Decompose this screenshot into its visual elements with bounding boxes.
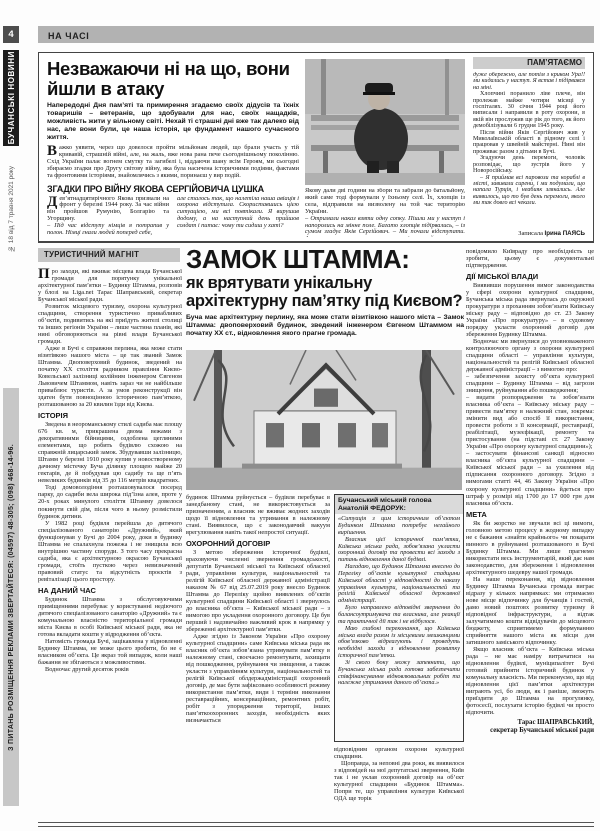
mayor-title: Бучанський міський голова: [338, 497, 432, 504]
subhead-protection-agreement: ОХОРОННИЙ ДОГОВІР: [186, 539, 330, 548]
photo-side-text: Якову дали дві години на збори та забрал…: [305, 188, 465, 237]
paragraph: Водночас ми звернулися до уповноваженого…: [466, 338, 594, 373]
paragraph-text: ажко уявити, через що довелося пройти мі…: [47, 144, 299, 179]
article-veterans: Незважаючи ні на що, вони йшли в атаку Н…: [38, 52, 594, 243]
paragraph: Тоді домоволодіння розташовувалося посер…: [38, 484, 182, 519]
paragraph: Водночас другий десяток років: [38, 666, 182, 673]
article-castle-headline: ЗАМОК ШТАММА:: [186, 246, 464, 272]
quote-paragraph: Було направлено відповідні звернення до …: [338, 605, 460, 626]
subcolumn-left: Дев’ятнадцятирічного Якова призвали на ф…: [47, 196, 169, 242]
dropcap: Д: [47, 196, 59, 209]
paragraph: Як би жорстко не звучали всі ці вимоги, …: [466, 520, 594, 576]
subhead-city-actions: ДІЇ МІСЬКОЇ ВЛАДИ: [466, 272, 594, 281]
paragraph: У 1982 році будівля перейшла до дитячого…: [38, 520, 182, 583]
masthead-title: БУЧАНСЬКІ НОВИНИ: [7, 51, 16, 144]
byline-prefix: Записала: [518, 230, 544, 237]
mayor-quote-text: «Ситуація з цим історичним об’єктом Буди…: [335, 514, 463, 689]
article-castle-column-3-continuation: відповідним органом охорони культурної с…: [334, 746, 464, 820]
edition-label: № 18 від 7 травня 2021 року: [8, 166, 15, 252]
paragraph-text: ев’ятнадцятирічного Якова призвали на фр…: [47, 196, 169, 223]
quote-paragraph: Зі свого боку можу запевнити, що Бучансь…: [338, 660, 460, 687]
quote-paragraph: але сталось так, що налетіла наша авіаці…: [177, 196, 299, 231]
paragraph: Будинок Штамма з обслуговуючими приміщен…: [38, 596, 182, 638]
article-castle-subheadline: як врятувати унікальну архітектурну пам’…: [186, 274, 464, 310]
section-header-bar: НА ЧАСІ: [38, 26, 594, 43]
article-castle-column-2: будинок Штамма руйнується – будівля пере…: [186, 494, 330, 820]
subhead-goal: МЕТА: [466, 510, 594, 519]
photo-veteran-on-bench: [305, 59, 465, 185]
article-veterans-main-column: Незважаючи ні на що, вони йшли в атаку Н…: [47, 59, 299, 242]
paragraph: Якщо власник об’єкта – Київська міська р…: [466, 646, 594, 716]
list-item: – застосувати фінансові санкції відносно…: [466, 450, 594, 506]
quote-paragraph: Власник цієї історичної пам’ятки, Київсь…: [338, 537, 460, 564]
memory-column-header: ПАМ’ЯТАЄМО: [473, 57, 585, 69]
paragraph: Дев’ятнадцятирічного Якова призвали на ф…: [47, 196, 169, 224]
subhead-history: ІСТОРІЯ: [38, 411, 182, 420]
paragraph: Адже в Бучі є справжня перлина, яка може…: [38, 345, 182, 408]
photo-stamm-castle: [186, 350, 462, 490]
list-item: – видати розпорядження та зобов’язати вл…: [466, 394, 594, 450]
page-number: 4: [3, 26, 19, 43]
subcolumn-right: але сталось так, що налетіла наша авіаці…: [177, 196, 299, 242]
quote-paragraph: – Я приймав всі паровози та кораблі в мі…: [473, 175, 585, 207]
byline: Записала Ірина ПАЯСЬ: [518, 230, 585, 237]
mayor-name: Анатолій ФЕДОРУК:: [338, 505, 406, 512]
paragraph: Важко уявити, через що довелося пройти м…: [47, 145, 299, 180]
signature-author: Тарас ШАПРАВСЬКИЙ,: [466, 719, 594, 727]
subhead-current-state: НА ДАНИЙ ЧАС: [38, 586, 182, 595]
paragraph: Натомість громада Бучі, зацікавлена у ві…: [38, 638, 182, 666]
dropcap: П: [38, 268, 52, 281]
article-veterans-subcolumns: Дев’ятнадцятирічного Якова призвали на ф…: [47, 196, 299, 242]
article-veterans-lead: Напередодні Дня пам’яті та примирення зг…: [47, 102, 299, 142]
paragraph: Розвиток місцевого туризму, охорона куль…: [38, 303, 182, 345]
quote-paragraph: Маю глибокі переконання, що Київська міс…: [338, 626, 460, 660]
memory-column: ПАМ’ЯТАЄМО дуже обережно, але потім з кр…: [473, 57, 585, 237]
article-veterans-headline: Незважаючи ні на що, вони йшли в атаку: [47, 59, 299, 99]
quote-paragraph: – Отримали наказ взяти одну сопку. Пішли…: [305, 216, 465, 237]
paragraph-text: ро заходи, які вживає місцева влада Буча…: [38, 268, 182, 303]
paragraph: Виявивши порушення вимог законодавства у…: [466, 282, 594, 338]
paragraph: Щоправда, за неповні два роки, як виявил…: [334, 760, 464, 802]
article-castle-column-1: Про заходи, які вживає місцева влада Буч…: [38, 268, 182, 820]
article-castle-lead: Буча має архітектурну перлину, яка може …: [186, 314, 464, 338]
paragraph: Зведена в неороманському стилі садиба ма…: [38, 421, 182, 484]
paragraph: будинок Штамма руйнується – будівля пере…: [186, 494, 330, 536]
article-castle-signature: Тарас ШАПРАВСЬКИЙ, секретар Бучанської м…: [466, 719, 594, 734]
quote-paragraph: – Під час відступу німців я потрапив у п…: [47, 223, 169, 237]
article-castle-column-4: повідомило Київраду про необхідність це …: [466, 248, 594, 820]
memory-column-text: дуже обережно, але потім з криком Ура!! …: [473, 72, 585, 222]
article-castle-title-block: ЗАМОК ШТАММА: як врятувати унікальну арх…: [186, 246, 464, 310]
paragraph: Про заходи, які вживає місцева влада Буч…: [38, 268, 182, 303]
quote-paragraph: дуже обережно, але потім з криком Ура!! …: [473, 72, 585, 91]
rubric-label-tourist-magnet: ТУРИСТИЧНИЙ МАГНІТ: [38, 248, 180, 262]
dropcap: В: [47, 145, 59, 158]
paragraph: Після війни Яків Сергійович жив у Микола…: [473, 130, 585, 156]
paragraph: відповідним органом охорони культурної с…: [334, 746, 464, 760]
paragraph: Хлопчині поранило ліве плече, він пролеж…: [473, 91, 585, 129]
advertising-contact-label: З ПИТАНЬ РОЗМІЩЕННЯ РЕКЛАМИ ЗВЕРТАЙТЕСЯ:…: [8, 444, 15, 751]
edition-vertical: № 18 від 7 травня 2021 року: [3, 150, 19, 268]
paragraph: Адже згідно із Законом України «Про охор…: [186, 633, 330, 724]
article-veterans-photo-column: Якову дали дві години на збори та забрал…: [305, 59, 465, 237]
article-veterans-subhead: ЗГАДКИ ПРО ВІЙНУ ЯКОВА СЕРГІЙОВИЧА ЦУШКА: [47, 184, 299, 194]
list-item: – забезпечення захисту об’єкта культурно…: [466, 373, 594, 394]
section-title: НА ЧАСІ: [38, 31, 89, 41]
paragraph: З метою збереження історичної будівлі, в…: [186, 549, 330, 633]
mayor-quote-header: Бучанський міський голова Анатолій ФЕДОР…: [335, 495, 463, 514]
paragraph: Згадуючи день перемоги, чоловік розповід…: [473, 155, 585, 174]
quote-paragraph: Нагадаю, що Будинок Штамма внесено до Пе…: [338, 564, 460, 605]
quote-paragraph: «Ситуація з цим історичним об’єктом Буди…: [338, 516, 460, 537]
paragraph: На наше переконання, від відновлення Буд…: [466, 576, 594, 646]
paragraph: Якову дали дві години на збори та забрал…: [305, 188, 465, 216]
bottom-rule: [38, 822, 594, 827]
masthead-vertical: БУЧАНСЬКІ НОВИНИ: [3, 50, 19, 146]
signature-role: секретар Бучанської міської ради: [466, 727, 594, 735]
paragraph: повідомило Київраду про необхідність це …: [466, 248, 594, 269]
byline-author: Ірина ПАЯСЬ: [545, 230, 585, 237]
mayor-quote-box: Бучанський міський голова Анатолій ФЕДОР…: [334, 494, 464, 742]
advertising-contact-vertical: З ПИТАНЬ РОЗМІЩЕННЯ РЕКЛАМИ ЗВЕРТАЙТЕСЯ:…: [3, 388, 19, 806]
